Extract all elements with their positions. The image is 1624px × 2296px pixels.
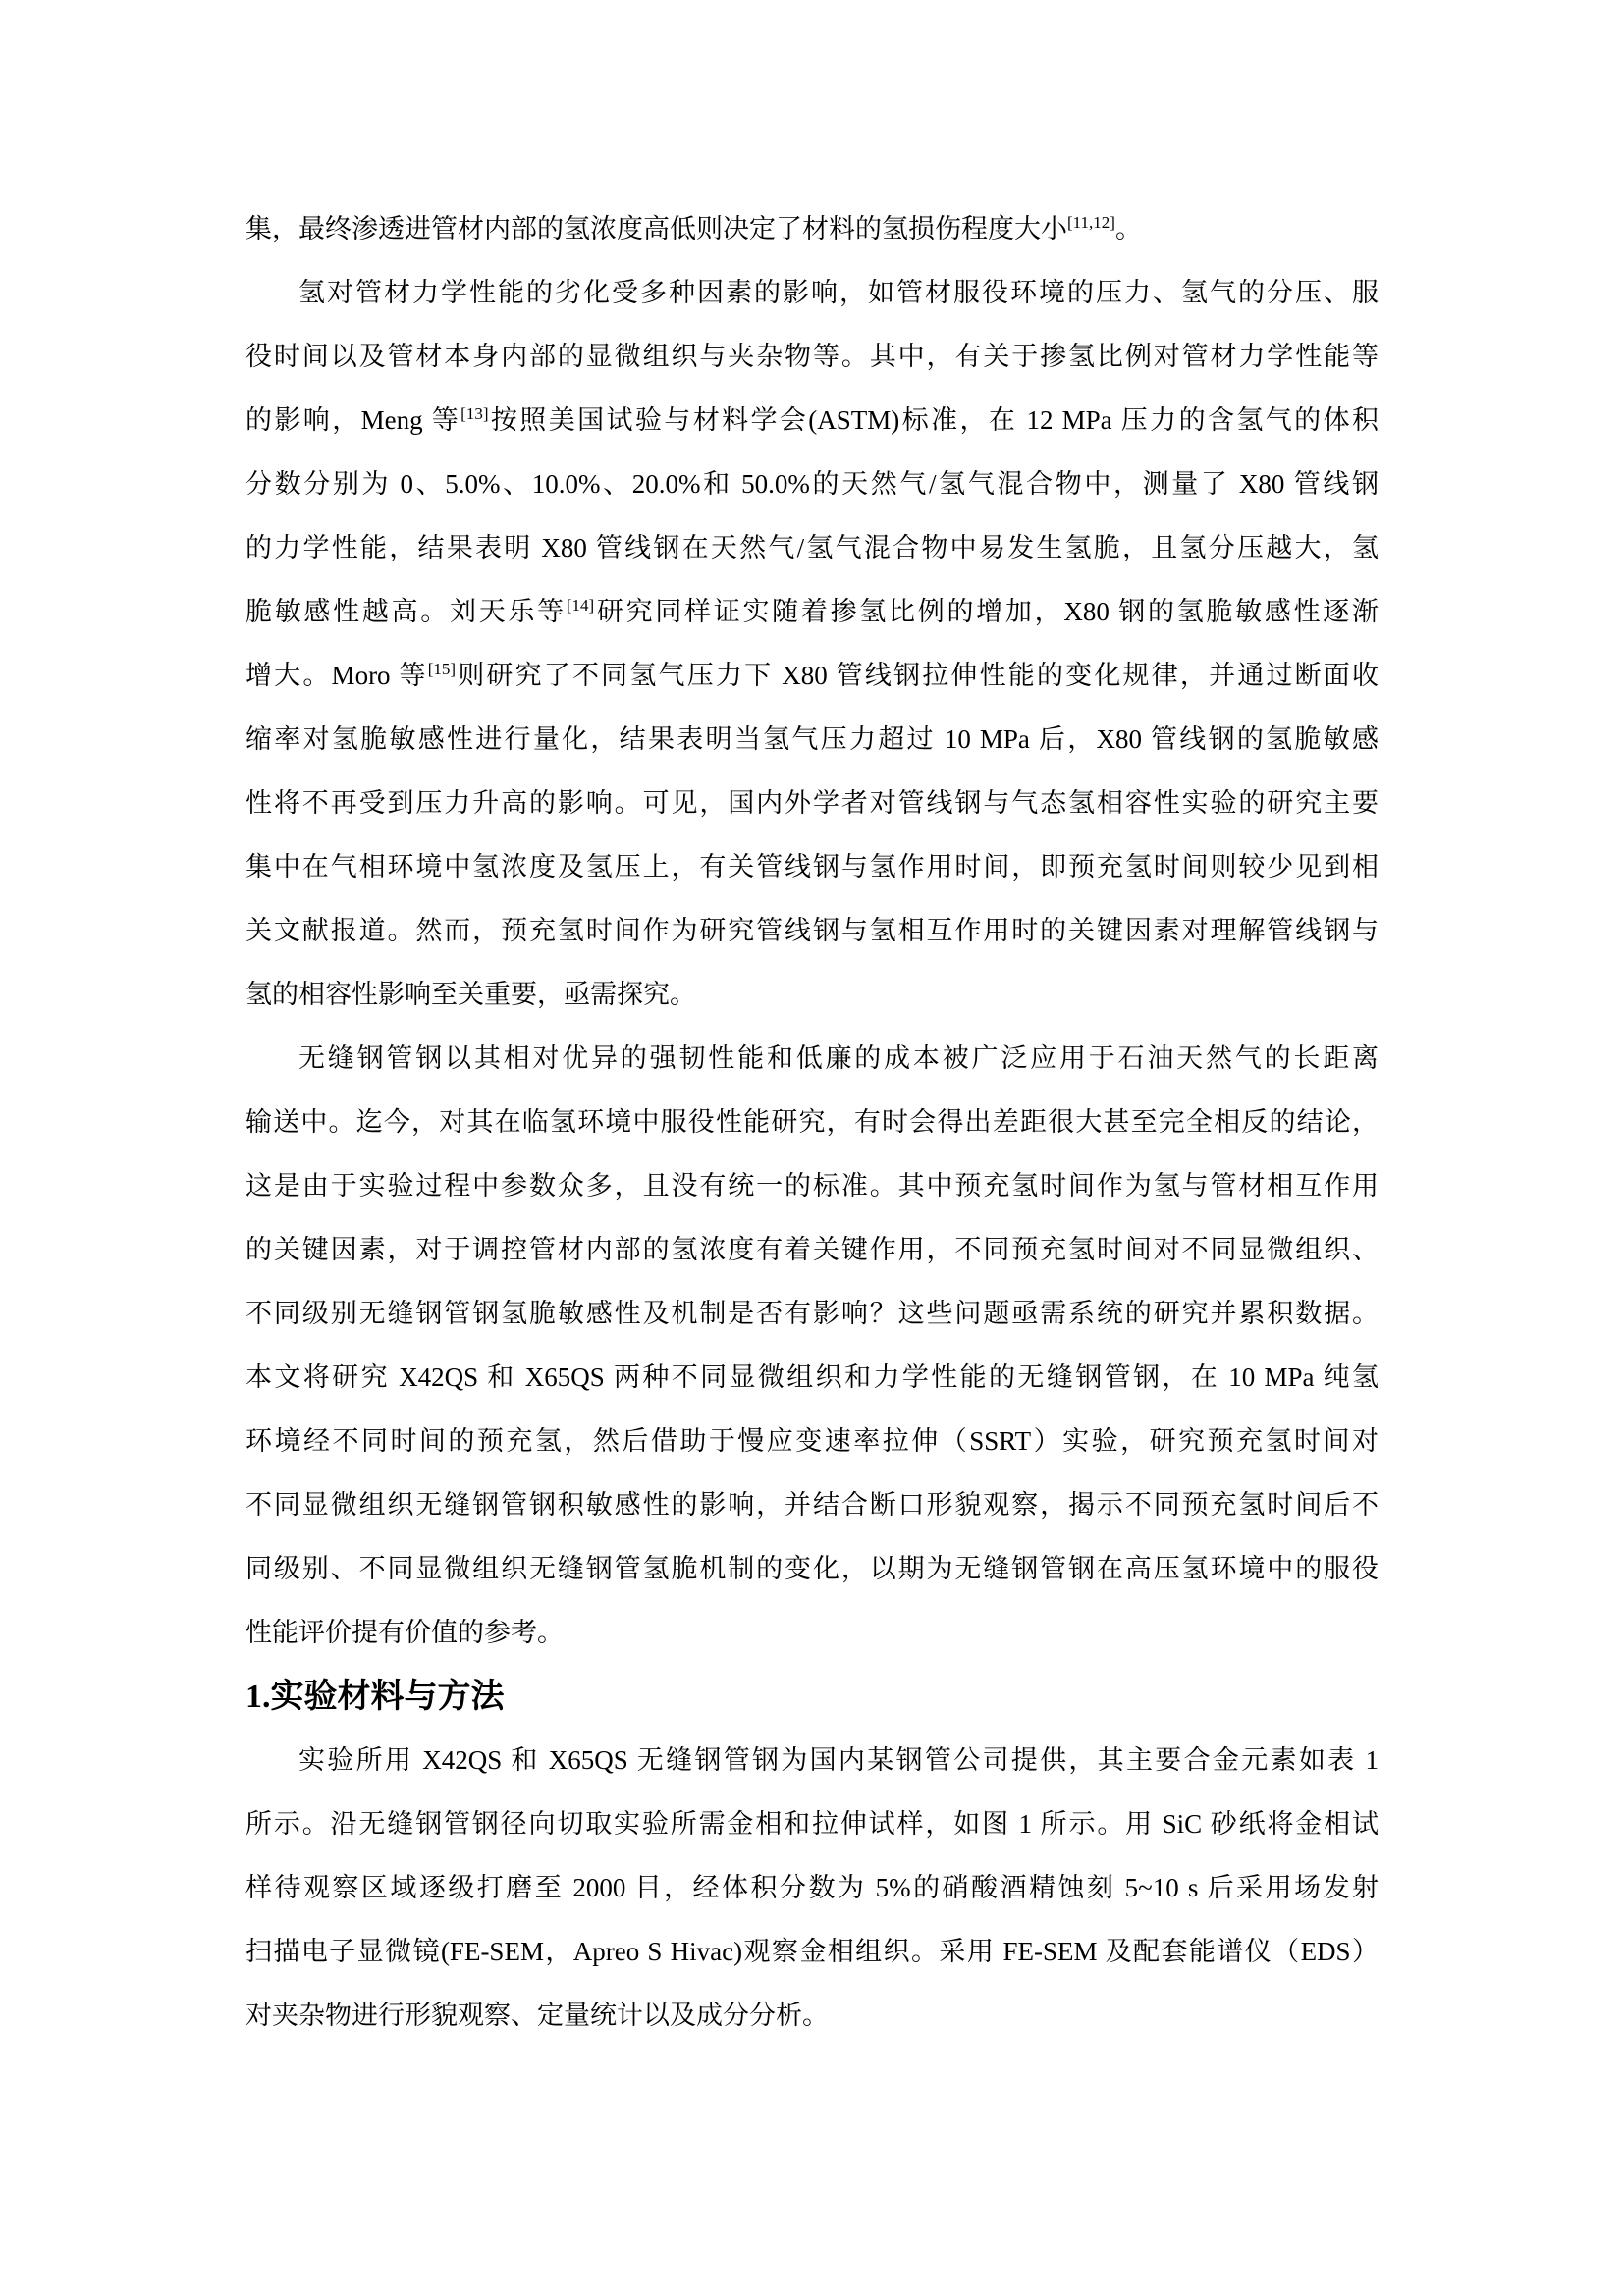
text-line: 环境经不同时间的预充氢，然后借助于慢应变速率拉伸（SSRT）实验，研究预充氢时间…	[245, 1410, 1379, 1473]
text-line: 集中在气相环境中氢浓度及氢压上，有关管线钢与氢作用时间，即预充氢时间则较少见到相	[245, 835, 1379, 899]
text-line: 所示。沿无缝钢管钢径向切取实验所需金相和拉伸试样，如图 1 所示。用 SiC 砂…	[245, 1792, 1379, 1856]
text-run: 同级别、不同显微组织无缝钢管氢脆机制的变化，以期为无缝钢管钢在高压氢环境中的服役	[245, 1554, 1379, 1583]
text-run: 役时间以及管材本身内部的显微组织与夹杂物等。其中，有关于掺氢比例对管材力学性能等	[245, 342, 1379, 371]
text-run: 氢对管材力学性能的劣化受多种因素的影响，如管材服役环境的压力、氢气的分压、服	[298, 278, 1379, 307]
citation-reference: [15]	[428, 660, 456, 678]
text-line: 的影响，Meng 等[13]按照美国试验与材料学会(ASTM)标准，在 12 M…	[245, 389, 1379, 453]
text-run: 的力学性能，结果表明 X80 管线钢在天然气/氢气混合物中易发生氢脆，且氢分压越…	[245, 533, 1379, 562]
text-run: 扫描电子显微镜(FE-SEM，Apreo S Hivac)观察金相组织。采用 F…	[245, 1937, 1379, 1966]
text-run: 。	[1115, 214, 1142, 243]
text-line: 增大。Moro 等[15]则研究了不同氢气压力下 X80 管线钢拉伸性能的变化规…	[245, 644, 1379, 708]
text-line: 分数分别为 0、5.0%、10.0%、20.0%和 50.0%的天然气/氢气混合…	[245, 453, 1379, 516]
text-line: 不同级别无缝钢管钢氢脆敏感性及机制是否有影响？这些问题亟需系统的研究并累积数据。	[245, 1282, 1379, 1346]
text-run: 无缝钢管钢以其相对优异的强韧性能和低廉的成本被广泛应用于石油天然气的长距离	[298, 1043, 1379, 1073]
text-run: 缩率对氢脆敏感性进行量化，结果表明当氢气压力超过 10 MPa 后，X80 管线…	[245, 724, 1379, 754]
text-run: 关文献报道。然而，预充氢时间作为研究管线钢与氢相互作用时的关键因素对理解管线钢与	[245, 916, 1379, 945]
text-line: 脆敏感性越高。刘天乐等[14]研究同样证实随着掺氢比例的增加，X80 钢的氢脆敏…	[245, 580, 1379, 644]
text-run: 的影响，Meng 等	[245, 405, 460, 435]
text-line: 关文献报道。然而，预充氢时间作为研究管线钢与氢相互作用时的关键因素对理解管线钢与	[245, 899, 1379, 963]
text-line: 无缝钢管钢以其相对优异的强韧性能和低廉的成本被广泛应用于石油天然气的长距离	[245, 1027, 1379, 1091]
text-line: 这是由于实验过程中参数众多，且没有统一的标准。其中预充氢时间作为氢与管材相互作用	[245, 1154, 1379, 1218]
text-line: 样待观察区域逐级打磨至 2000 目，经体积分数为 5%的硝酸酒精蚀刻 5~10…	[245, 1856, 1379, 1920]
text-line: 的力学性能，结果表明 X80 管线钢在天然气/氢气混合物中易发生氢脆，且氢分压越…	[245, 516, 1379, 580]
text-line: 缩率对氢脆敏感性进行量化，结果表明当氢气压力超过 10 MPa 后，X80 管线…	[245, 708, 1379, 772]
text-run: 不同显微组织无缝钢管钢积敏感性的影响，并结合断口形貌观察，揭示不同预充氢时间后不	[245, 1490, 1379, 1520]
text-line: 同级别、不同显微组织无缝钢管氢脆机制的变化，以期为无缝钢管钢在高压氢环境中的服役	[245, 1537, 1379, 1601]
text-run: 集中在气相环境中氢浓度及氢压上，有关管线钢与氢作用时间，即预充氢时间则较少见到相	[245, 852, 1379, 881]
text-line: 役时间以及管材本身内部的显微组织与夹杂物等。其中，有关于掺氢比例对管材力学性能等	[245, 325, 1379, 389]
text-run: 性将不再受到压力升高的影响。可见，国内外学者对管线钢与气态氢相容性实验的研究主要	[245, 788, 1379, 818]
text-line: 不同显微组织无缝钢管钢积敏感性的影响，并结合断口形貌观察，揭示不同预充氢时间后不	[245, 1473, 1379, 1537]
text-line: 氢对管材力学性能的劣化受多种因素的影响，如管材服役环境的压力、氢气的分压、服	[245, 261, 1379, 325]
text-run: 脆敏感性越高。刘天乐等	[245, 597, 567, 626]
text-run: 本文将研究 X42QS 和 X65QS 两种不同显微组织和力学性能的无缝钢管钢，…	[245, 1362, 1379, 1392]
text-run: 实验所用 X42QS 和 X65QS 无缝钢管钢为国内某钢管公司提供，其主要合金…	[298, 1745, 1379, 1775]
text-line: 扫描电子显微镜(FE-SEM，Apreo S Hivac)观察金相组织。采用 F…	[245, 1920, 1379, 1984]
text-line: 性将不再受到压力升高的影响。可见，国内外学者对管线钢与气态氢相容性实验的研究主要	[245, 772, 1379, 835]
text-run: 对夹杂物进行形貌观察、定量统计以及成分分析。	[245, 2001, 829, 2030]
text-line: 对夹杂物进行形貌观察、定量统计以及成分分析。	[245, 1984, 1379, 2048]
text-run: 氢的相容性影响至关重要，亟需探究。	[245, 980, 696, 1009]
text-run: 1.实验材料与方法	[245, 1679, 505, 1715]
citation-reference: [14]	[567, 596, 594, 614]
text-run: 按照美国试验与材料学会(ASTM)标准，在 12 MPa 压力的含氢气的体积	[488, 405, 1379, 435]
text-run: 输送中。迄今，对其在临氢环境中服役性能研究，有时会得出差距很大甚至完全相反的结论…	[245, 1107, 1379, 1137]
text-run: 研究同样证实随着掺氢比例的增加，X80 钢的氢脆敏感性逐渐	[594, 597, 1379, 626]
text-run: 的关键因素，对于调控管材内部的氢浓度有着关键作用，不同预充氢时间对不同显微组织、	[245, 1235, 1379, 1264]
text-run: 则研究了不同氢气压力下 X80 管线钢拉伸性能的变化规律，并通过断面收	[456, 661, 1379, 690]
document-page: 集，最终渗透进管材内部的氢浓度高低则决定了材料的氢损伤程度大小[11,12]。氢…	[0, 0, 1624, 2296]
text-run: 这是由于实验过程中参数众多，且没有统一的标准。其中预充氢时间作为氢与管材相互作用	[245, 1171, 1379, 1201]
text-line: 的关键因素，对于调控管材内部的氢浓度有着关键作用，不同预充氢时间对不同显微组织、	[245, 1218, 1379, 1282]
text-line: 本文将研究 X42QS 和 X65QS 两种不同显微组织和力学性能的无缝钢管钢，…	[245, 1346, 1379, 1410]
text-run: 增大。Moro 等	[245, 661, 428, 690]
citation-reference: [13]	[460, 404, 488, 423]
section-heading: 1.实验材料与方法	[245, 1665, 1379, 1729]
text-line: 实验所用 X42QS 和 X65QS 无缝钢管钢为国内某钢管公司提供，其主要合金…	[245, 1729, 1379, 1792]
text-line: 氢的相容性影响至关重要，亟需探究。	[245, 963, 1379, 1027]
text-line: 输送中。迄今，对其在临氢环境中服役性能研究，有时会得出差距很大甚至完全相反的结论…	[245, 1091, 1379, 1154]
text-run: 样待观察区域逐级打磨至 2000 目，经体积分数为 5%的硝酸酒精蚀刻 5~10…	[245, 1873, 1379, 1902]
text-line: 性能评价提有价值的参考。	[245, 1601, 1379, 1665]
text-run: 所示。沿无缝钢管钢径向切取实验所需金相和拉伸试样，如图 1 所示。用 SiC 砂…	[245, 1809, 1379, 1839]
text-run: 环境经不同时间的预充氢，然后借助于慢应变速率拉伸（SSRT）实验，研究预充氢时间…	[245, 1426, 1379, 1456]
text-line: 集，最终渗透进管材内部的氢浓度高低则决定了材料的氢损伤程度大小[11,12]。	[245, 197, 1379, 261]
text-run: 集，最终渗透进管材内部的氢浓度高低则决定了材料的氢损伤程度大小	[245, 214, 1067, 243]
text-run: 性能评价提有价值的参考。	[245, 1618, 564, 1647]
citation-reference: [11,12]	[1067, 213, 1115, 232]
page-body: 集，最终渗透进管材内部的氢浓度高低则决定了材料的氢损伤程度大小[11,12]。氢…	[245, 197, 1379, 2048]
text-run: 分数分别为 0、5.0%、10.0%、20.0%和 50.0%的天然气/氢气混合…	[245, 469, 1379, 499]
text-run: 不同级别无缝钢管钢氢脆敏感性及机制是否有影响？这些问题亟需系统的研究并累积数据。	[245, 1299, 1379, 1328]
